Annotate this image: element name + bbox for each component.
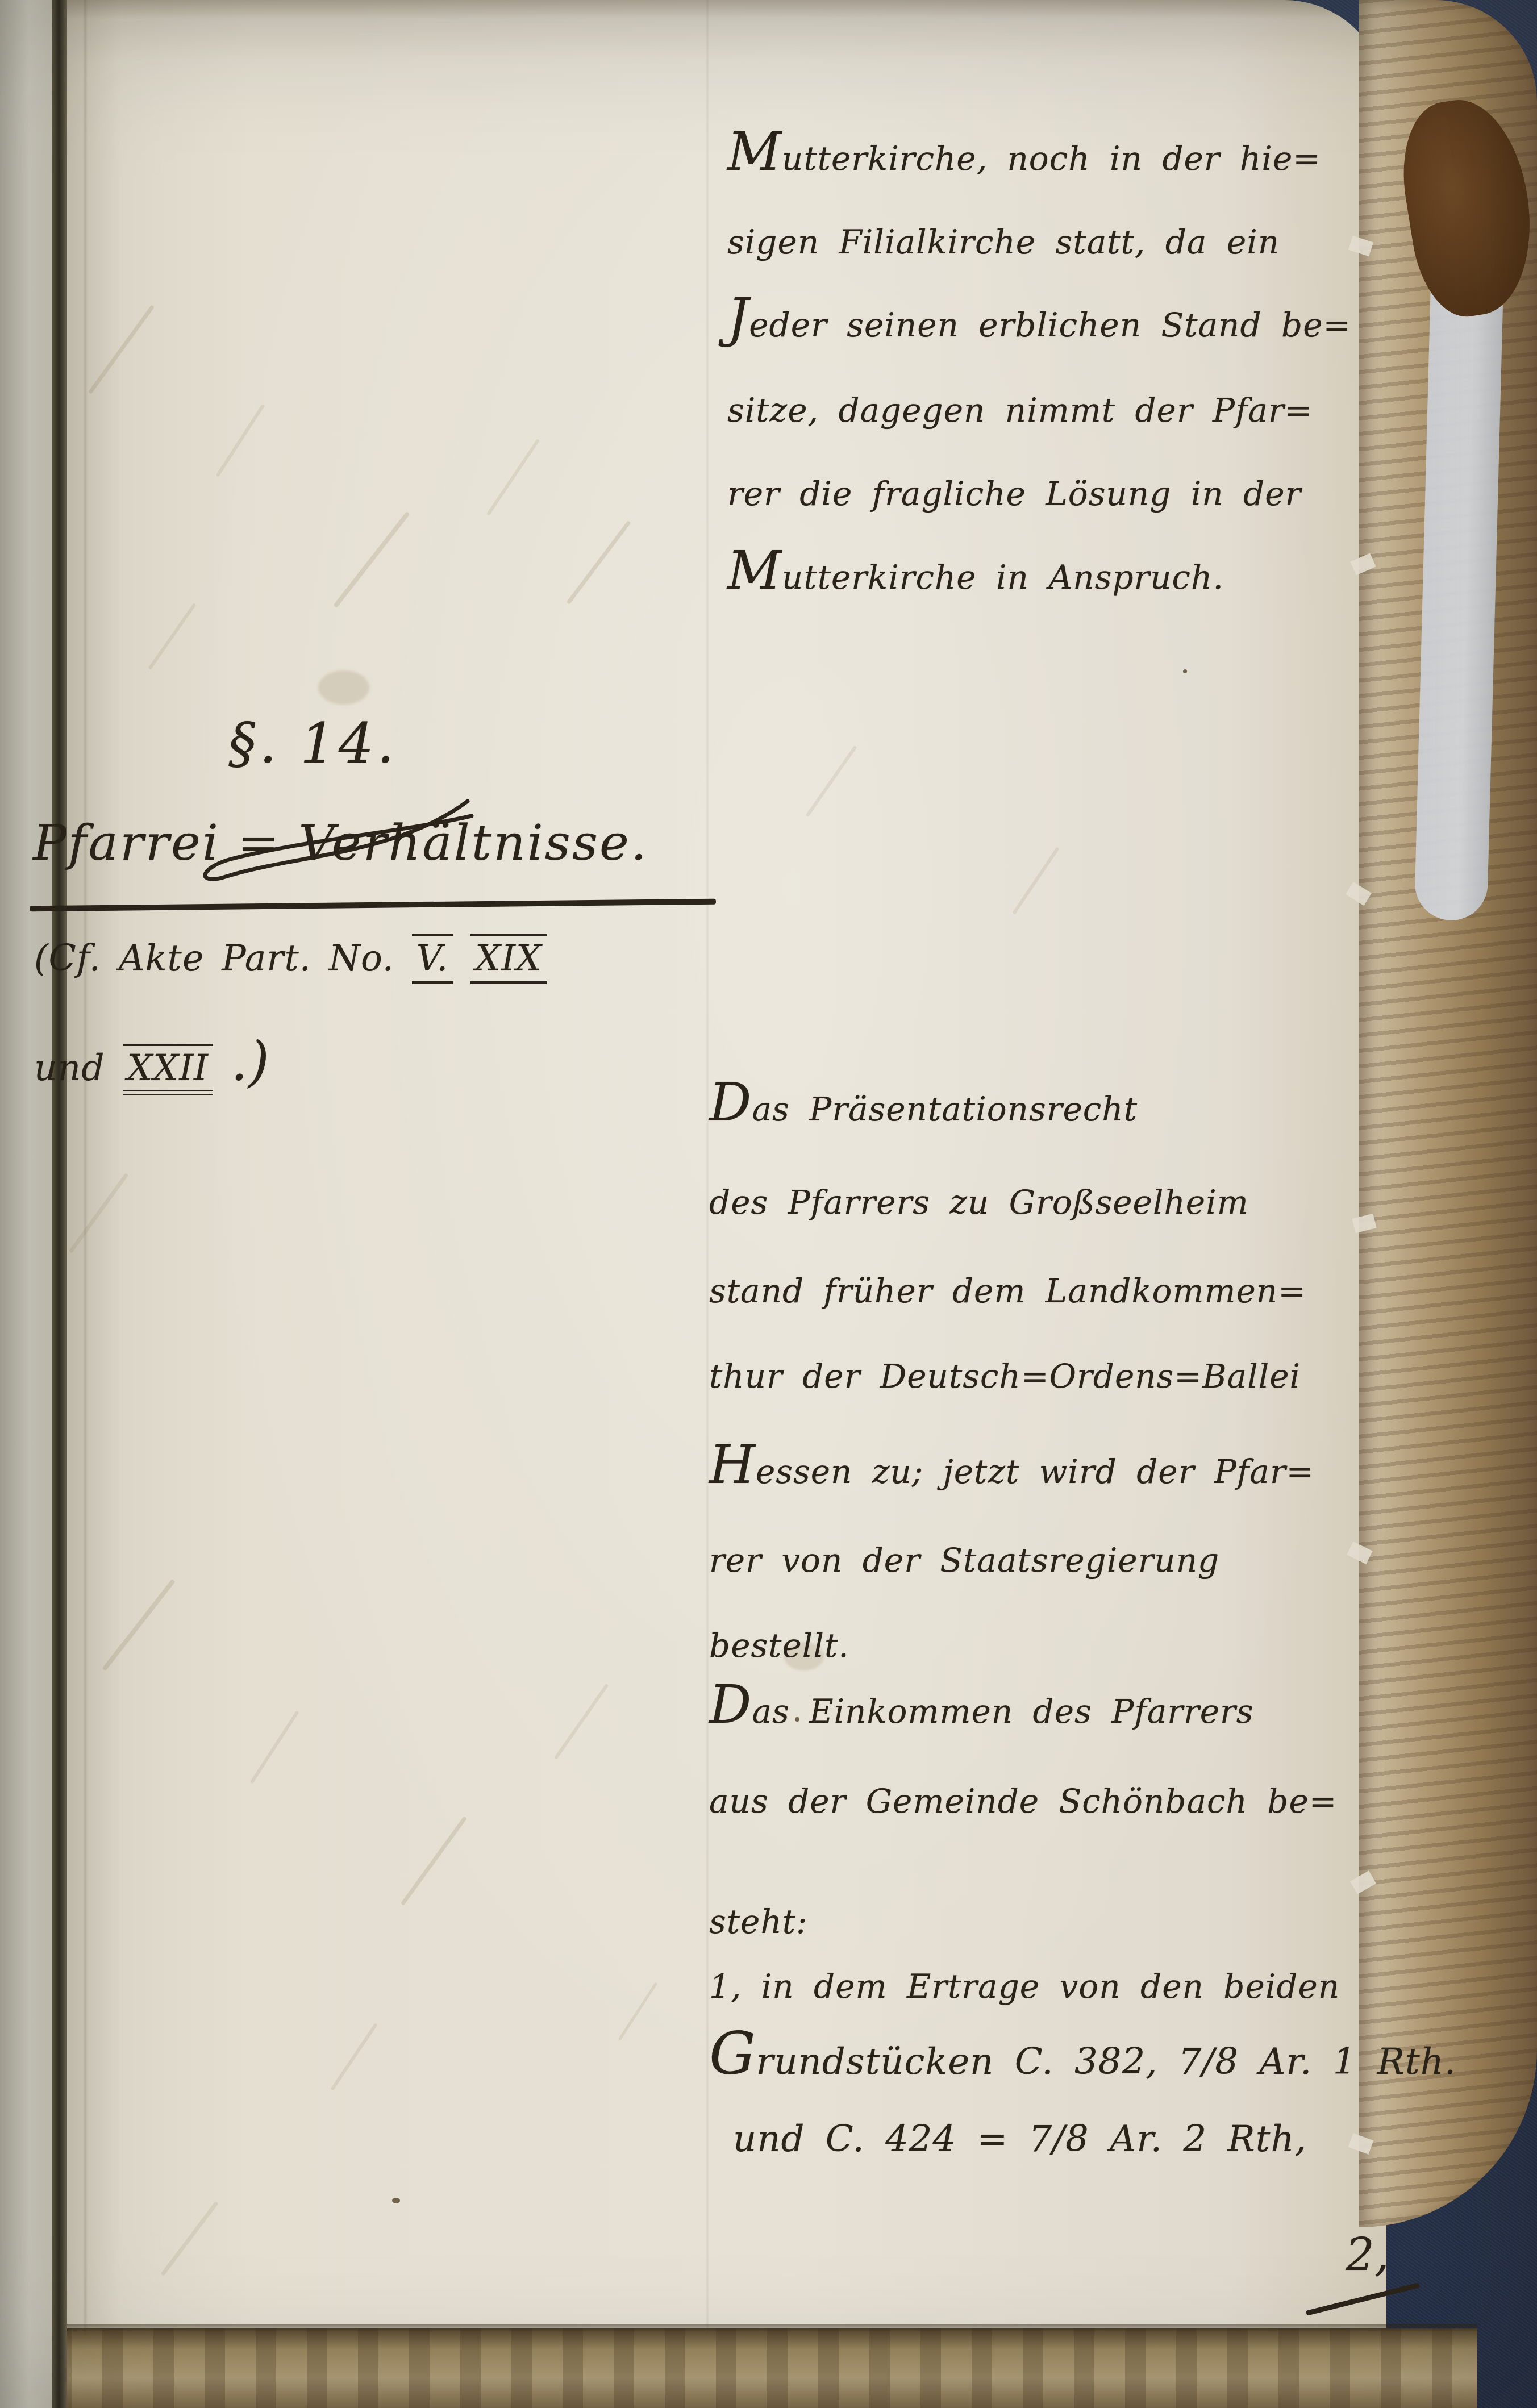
manuscript-line: steht:: [709, 1902, 808, 1941]
manuscript-line: 1, in dem Ertrage von den beiden: [709, 1967, 1340, 2006]
reference-conjunction: und: [34, 1047, 105, 1089]
manuscript-line: aus der Gemeinde Schönbach be=: [709, 1782, 1337, 1820]
manuscript-line: Hessen zu; jetzt wird der Pfar=: [709, 1452, 1314, 1491]
crease-line: [83, 0, 88, 2335]
photographed-manuscript: §. 14. Pfarrei = Verhältnisse. (Cf. Akte…: [0, 0, 1537, 2408]
roman-numeral-xxii: XXII: [123, 1044, 213, 1095]
manuscript-line: bestellt.: [709, 1626, 849, 1665]
manuscript-line: und C. 424 = 7/8 Ar. 2 Rth,: [733, 2118, 1307, 2160]
bottom-edge-shadow: [0, 2324, 1477, 2331]
manuscript-line: sitze, dagegen nimmt der Pfar=: [727, 391, 1313, 430]
manuscript-line: Jeder seinen erblichen Stand be=: [727, 306, 1351, 344]
reference-note-line2: und XXII .): [34, 1031, 270, 1093]
manuscript-line: Das Präsentationsrecht: [709, 1090, 1138, 1128]
facing-page-sliver: [0, 0, 52, 2408]
section-heading: §. 14.: [228, 711, 397, 776]
roman-numeral-v: V.: [412, 934, 453, 984]
manuscript-line: rer von der Staatsregierung: [709, 1541, 1219, 1580]
manuscript-line: des Pfarrers zu Großseelheim: [709, 1183, 1249, 1222]
catchword: 2,: [1346, 2228, 1389, 2281]
binding-gutter: [52, 0, 67, 2408]
manuscript-line: Mutterkirche, noch in der hie=: [727, 139, 1321, 178]
section-title: Pfarrei = Verhältnisse.: [33, 815, 763, 872]
roman-numeral-xix: XIX: [470, 934, 547, 984]
manuscript-line: Mutterkirche in Anspruch.: [727, 558, 1224, 597]
manuscript-line: rer die fragliche Lösung in der: [727, 474, 1301, 513]
manuscript-line: Das Einkommen des Pfarrers: [709, 1692, 1254, 1731]
manuscript-line: thur der Deutsch=Ordens=Ballei: [709, 1357, 1301, 1395]
reference-note-line1: (Cf. Akte Part. No. V. XIX: [34, 938, 547, 979]
reference-close-paren: .): [231, 1031, 270, 1093]
manuscript-line: Grundstücken C. 382, 7/8 Ar. 1 Rth.: [709, 2041, 1456, 2083]
reference-prefix: (Cf. Akte Part. No.: [34, 938, 394, 979]
manuscript-line: sigen Filialkirche statt, da ein: [727, 223, 1280, 261]
manuscript-line: stand früher dem Landkommen=: [709, 1272, 1306, 1310]
bottom-page-stack-edge: [0, 2328, 1477, 2408]
